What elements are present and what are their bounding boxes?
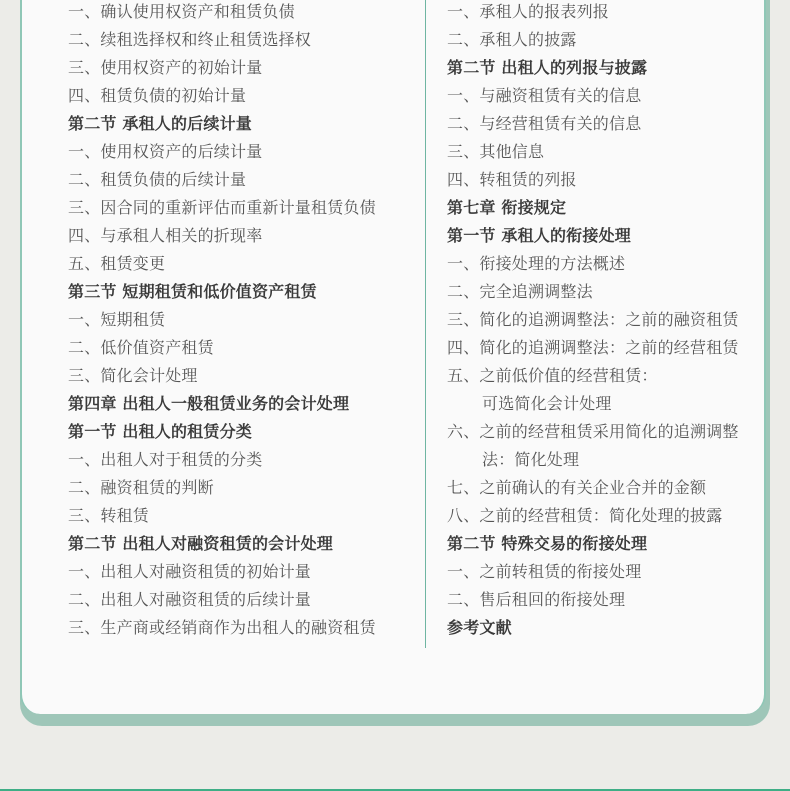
- toc-item-continuation: 可选简化会计处理: [447, 390, 782, 418]
- toc-item: 一、短期租赁: [68, 306, 418, 334]
- toc-heading: 第一节 承租人的衔接处理: [447, 222, 782, 250]
- toc-item: 四、与承租人相关的折现率: [68, 222, 418, 250]
- toc-item-continuation: 法：简化处理: [447, 446, 782, 474]
- toc-item: 三、简化的追溯调整法：之前的融资租赁: [447, 306, 782, 334]
- toc-item: 四、租赁负债的初始计量: [68, 82, 418, 110]
- toc-item: 一、衔接处理的方法概述: [447, 250, 782, 278]
- toc-heading: 第二节 特殊交易的衔接处理: [447, 530, 782, 558]
- toc-heading: 第一节 出租人的租赁分类: [68, 418, 418, 446]
- toc-item: 五、租赁变更: [68, 250, 418, 278]
- toc-item: 一、使用权资产的后续计量: [68, 138, 418, 166]
- toc-heading: 第三节 短期租赁和低价值资产租赁: [68, 278, 418, 306]
- toc-item: 一、承租人的报表列报: [447, 0, 782, 26]
- toc-item: 二、续租选择权和终止租赁选择权: [68, 26, 418, 54]
- column-divider: [425, 0, 426, 648]
- toc-item: 二、售后租回的衔接处理: [447, 586, 782, 614]
- toc-left-column: 第一节 承租人的确认和初始计量 一、确认使用权资产和租赁负债 二、续租选择权和终…: [68, 0, 418, 642]
- toc-item: 三、使用权资产的初始计量: [68, 54, 418, 82]
- toc-item: 二、租赁负债的后续计量: [68, 166, 418, 194]
- toc-heading: 第二节 出租人的列报与披露: [447, 54, 782, 82]
- toc-item: 一、与融资租赁有关的信息: [447, 82, 782, 110]
- toc-item: 三、转租赁: [68, 502, 418, 530]
- toc-item: 八、之前的经营租赁：简化处理的披露: [447, 502, 782, 530]
- toc-chapter-heading: 第四章 出租人一般租赁业务的会计处理: [68, 390, 418, 418]
- toc-item: 二、完全追溯调整法: [447, 278, 782, 306]
- toc-item: 二、融资租赁的判断: [68, 474, 418, 502]
- toc-right-column: 第一节 承租人的列报与披露 一、承租人的报表列报 二、承租人的披露 第二节 出租…: [447, 0, 782, 642]
- toc-item: 七、之前确认的有关企业合并的金额: [447, 474, 782, 502]
- toc-item: 三、其他信息: [447, 138, 782, 166]
- toc-item: 二、与经营租赁有关的信息: [447, 110, 782, 138]
- toc-references-heading: 参考文献: [447, 614, 782, 642]
- toc-item: 六、之前的经营租赁采用简化的追溯调整: [447, 418, 782, 446]
- toc-item: 一、之前转租赁的衔接处理: [447, 558, 782, 586]
- toc-item: 三、生产商或经销商作为出租人的融资租赁: [68, 614, 418, 642]
- toc-item: 三、简化会计处理: [68, 362, 418, 390]
- toc-item: 五、之前低价值的经营租赁：: [447, 362, 782, 390]
- toc-item: 二、承租人的披露: [447, 26, 782, 54]
- toc-item: 四、简化的追溯调整法：之前的经营租赁: [447, 334, 782, 362]
- toc-item: 一、确认使用权资产和租赁负债: [68, 0, 418, 26]
- toc-item: 一、出租人对融资租赁的初始计量: [68, 558, 418, 586]
- toc-item: 二、出租人对融资租赁的后续计量: [68, 586, 418, 614]
- toc-heading: 第二节 承租人的后续计量: [68, 110, 418, 138]
- toc-item: 一、出租人对于租赁的分类: [68, 446, 418, 474]
- toc-item: 四、转租赁的列报: [447, 166, 782, 194]
- toc-item: 二、低价值资产租赁: [68, 334, 418, 362]
- toc-card: 第一节 承租人的确认和初始计量 一、确认使用权资产和租赁负债 二、续租选择权和终…: [20, 0, 766, 714]
- toc-heading: 第二节 出租人对融资租赁的会计处理: [68, 530, 418, 558]
- toc-chapter-heading: 第七章 衔接规定: [447, 194, 782, 222]
- toc-item: 三、因合同的重新评估而重新计量租赁负债: [68, 194, 418, 222]
